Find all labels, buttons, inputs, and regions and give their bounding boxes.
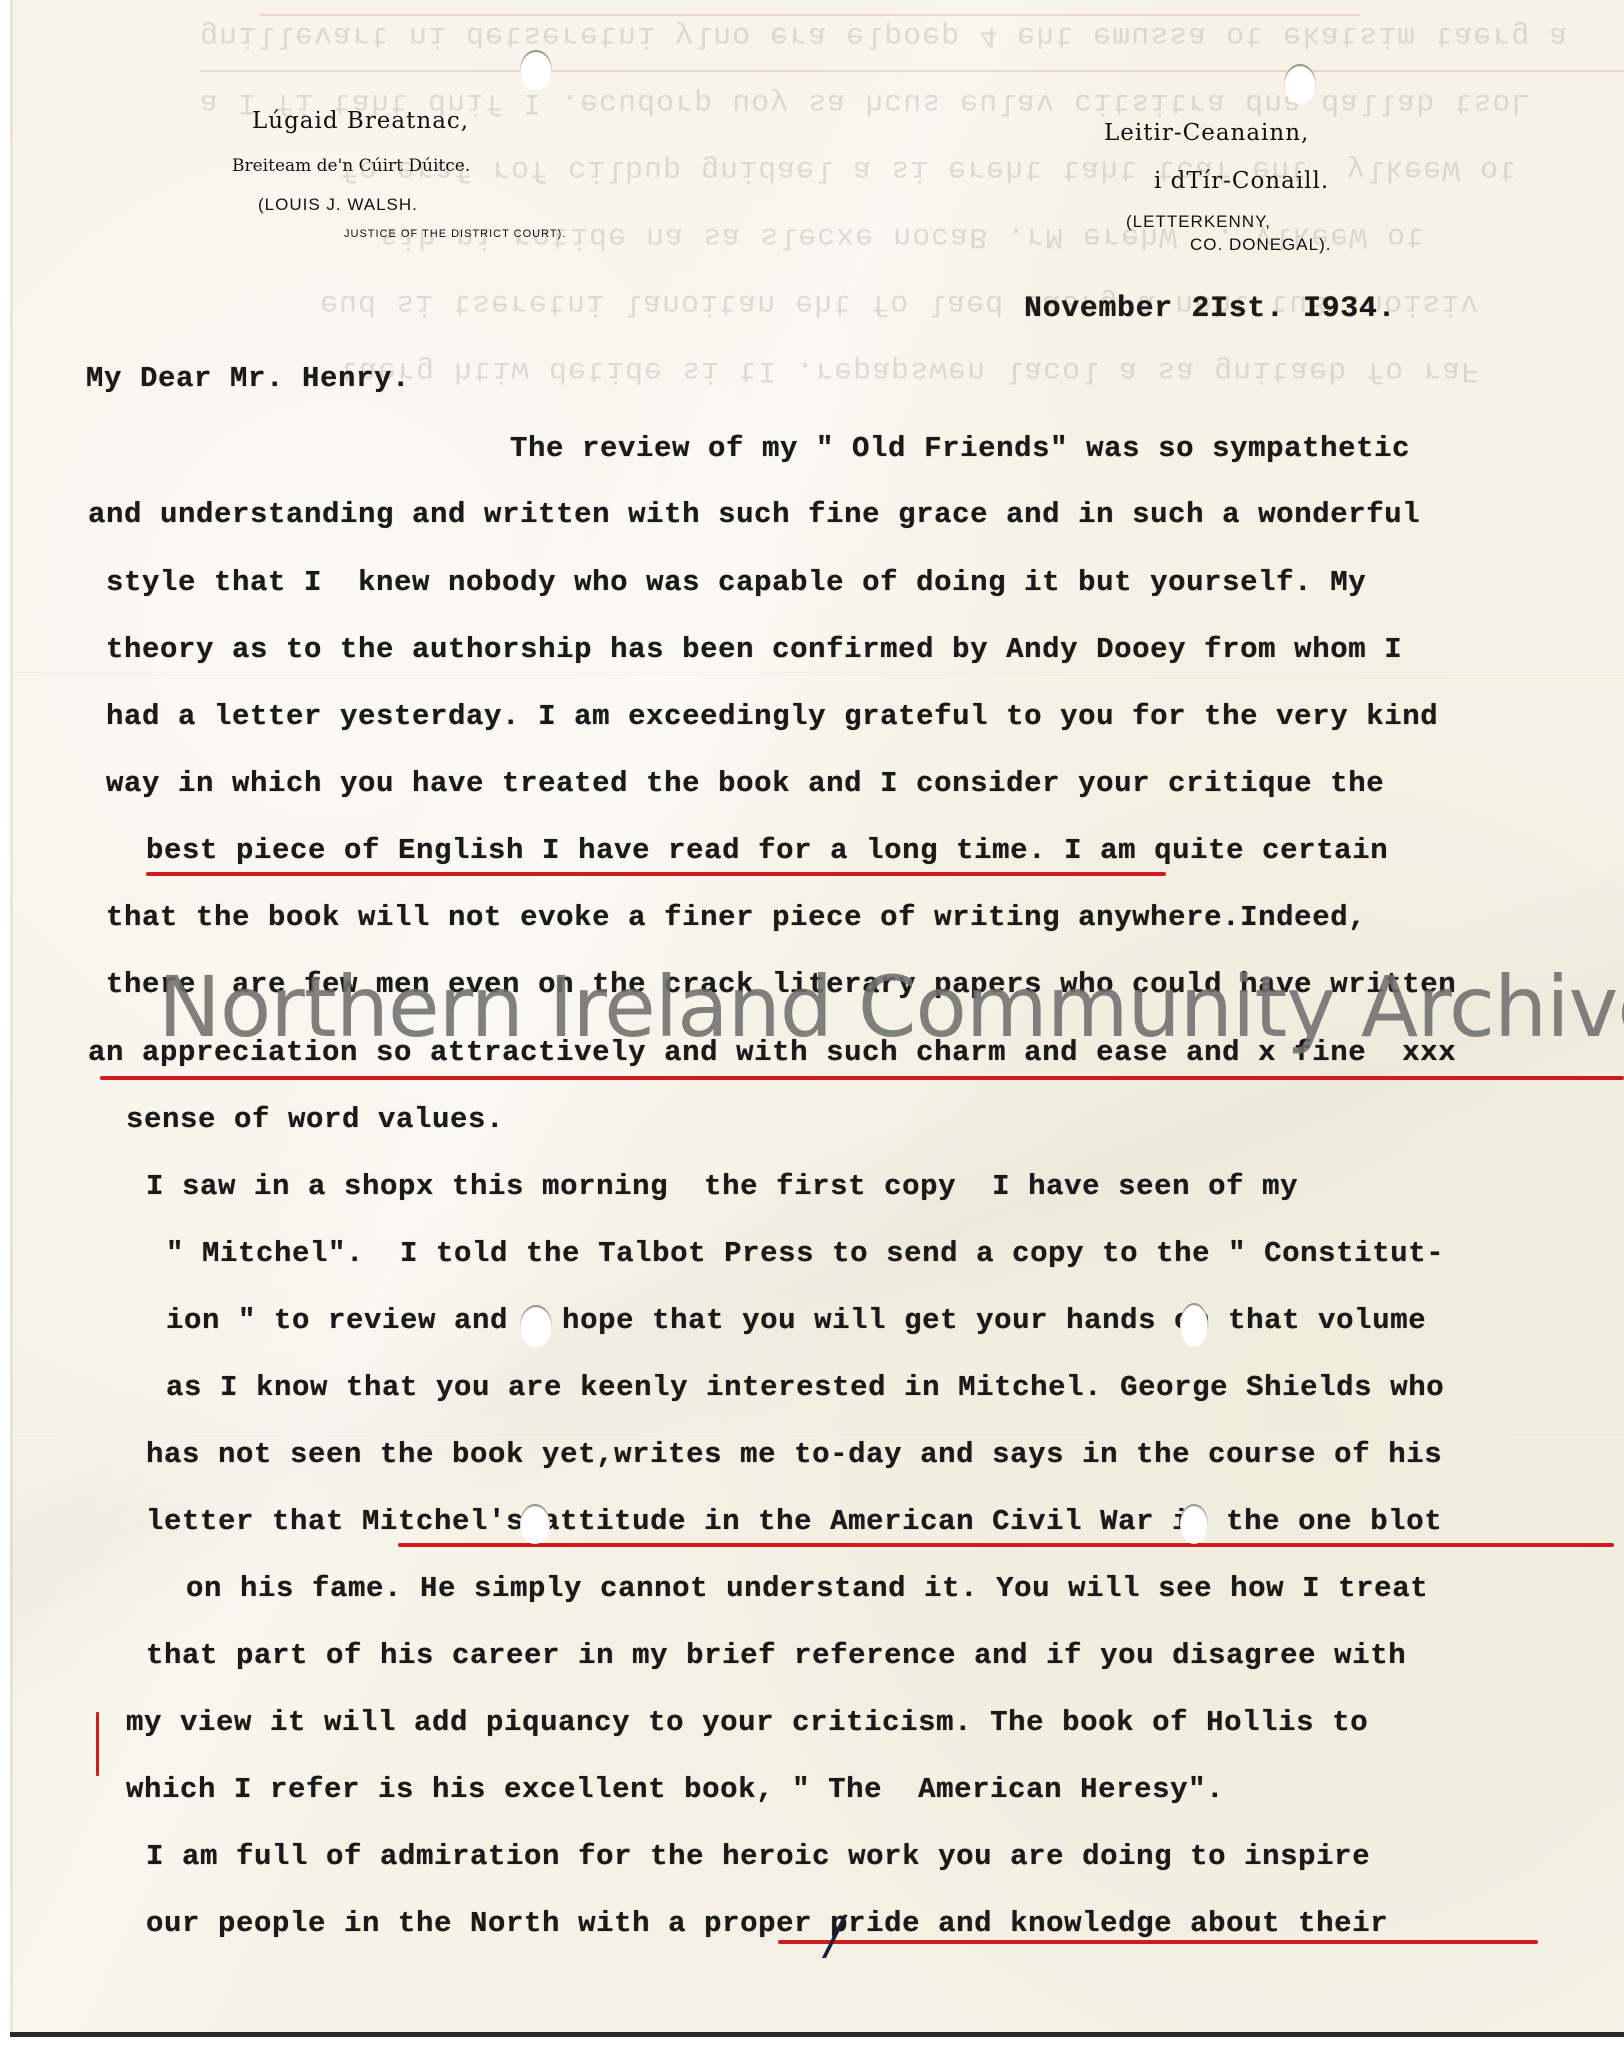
letter-line: my view it will add piquancy to your cri… (126, 1706, 1368, 1739)
letterhead-gaelic-title: Breiteam de'n Cúirt Dúitce. (232, 156, 470, 176)
letter-line: best piece of English I have read for a … (146, 834, 1388, 867)
letterhead-english-town: (LETTERKENNY, (1126, 212, 1271, 232)
punch-hole (520, 1305, 552, 1347)
letter-line: that the book will not evoke a finer pie… (106, 901, 1366, 934)
letter-line: letter that Mitchel's attitude in the Am… (146, 1505, 1442, 1538)
letter-line: I saw in a shopx this morning the first … (146, 1170, 1298, 1203)
letterhead-gaelic-name: Lúgaid Breatnac, (252, 108, 469, 134)
letter-line: " Mitchel". I told the Talbot Press to s… (166, 1237, 1444, 1270)
letter-line: The review of my " Old Friends" was so s… (510, 432, 1410, 465)
pen-correction-mark: / (826, 1910, 844, 1962)
punch-hole (1180, 1504, 1208, 1544)
letter-line: our people in the North with a proper pr… (146, 1907, 1388, 1940)
show-through-text: gnillevart ni detseretni ylno era elpoep… (200, 18, 1568, 52)
punch-hole (1284, 64, 1316, 104)
letter-line: theory as to the authorship has been con… (106, 633, 1402, 666)
show-through-rule (260, 14, 1360, 16)
letterhead-english-title: Justice of the District Court). (344, 228, 566, 240)
letter-line: which I refer is his excellent book, " T… (126, 1773, 1224, 1806)
letter-line: I am full of admiration for the heroic w… (146, 1840, 1370, 1873)
letter-date: November 2Ist. I934. (1024, 292, 1396, 326)
archive-watermark: Northern Ireland Community Archive (158, 958, 1624, 1056)
show-through-rule (200, 70, 1624, 72)
letterhead-english-name: (LOUIS J. WALSH. (258, 195, 418, 215)
letter-line: had a letter yesterday. I am exceedingly… (106, 700, 1438, 733)
red-underline (146, 872, 1166, 876)
punch-hole (1180, 1303, 1208, 1347)
letter-line: on his fame. He simply cannot understand… (186, 1572, 1428, 1605)
letter-line: sense of word values. (126, 1103, 504, 1136)
letter-line: as I know that you are keenly interested… (166, 1371, 1444, 1404)
punch-hole (520, 50, 552, 90)
show-through-text: taerg htiw detide si tI .repapswen lacol… (340, 353, 1480, 387)
paper-crease (10, 672, 1624, 675)
show-through-text: fo eraf rof cilbup gnidael a si ereht ta… (340, 152, 1518, 186)
letterhead-english-county: CO. DONEGAL). (1190, 235, 1331, 255)
letterhead-gaelic-town: Leitir-Ceanainn, (1104, 120, 1309, 146)
letter-line: has not seen the book yet,writes me to-d… (146, 1438, 1442, 1471)
letter-line: that part of his career in my brief refe… (146, 1639, 1406, 1672)
margin-mark (96, 1712, 99, 1776)
salutation: My Dear Mr. Henry. (86, 362, 410, 395)
letter-line: style that I knew nobody who was capable… (106, 566, 1366, 599)
letter-line: way in which you have treated the book a… (106, 767, 1384, 800)
red-underline (778, 1940, 1538, 1944)
letter-line: ion " to review and I hope that you will… (166, 1304, 1426, 1337)
letter-line: and understanding and written with such … (88, 498, 1420, 531)
red-underline (100, 1076, 1624, 1080)
punch-hole (520, 1504, 550, 1544)
red-underline (398, 1543, 1614, 1547)
letterhead-gaelic-county: i dTír-Conaill. (1154, 168, 1329, 194)
